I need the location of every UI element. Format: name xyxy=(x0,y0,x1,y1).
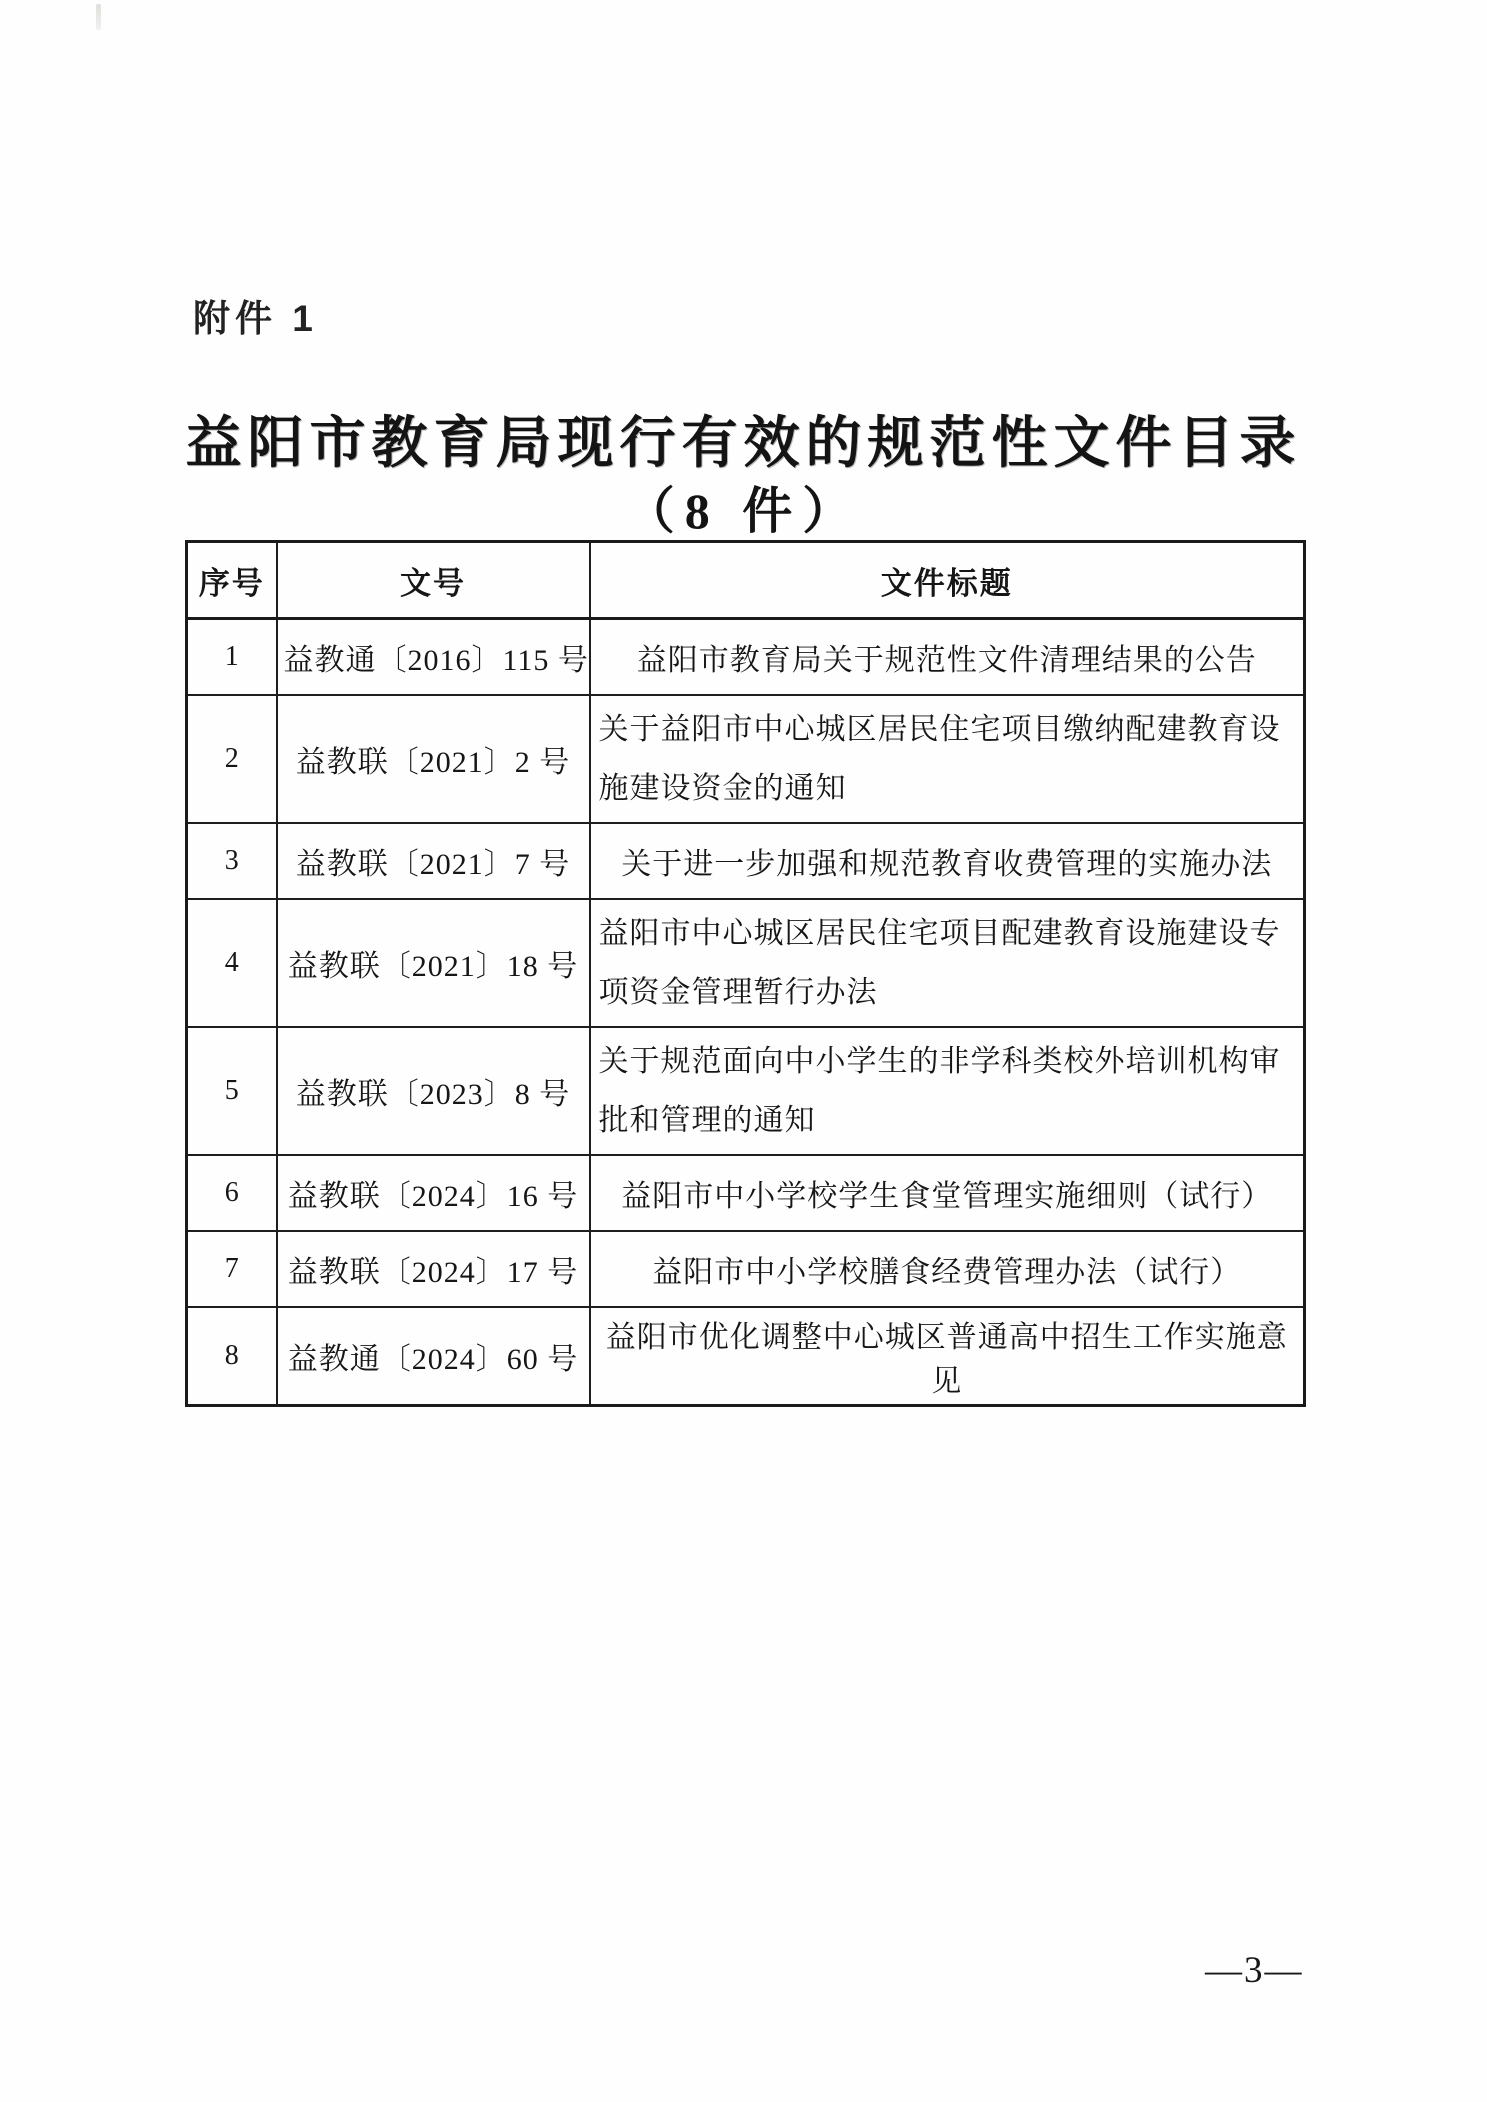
serial-cell: 3 xyxy=(187,823,277,899)
doc-number-cell: 益教通〔2024〕60 号 xyxy=(277,1307,590,1406)
doc-title-cell: 益阳市中小学校学生食堂管理实施细则（试行） xyxy=(590,1155,1305,1231)
doc-number-cell: 益教联〔2021〕7 号 xyxy=(277,823,590,899)
table-row: 1 益教通〔2016〕115 号 益阳市教育局关于规范性文件清理结果的公告 xyxy=(187,619,1305,695)
doc-number-cell: 益教联〔2024〕16 号 xyxy=(277,1155,590,1231)
serial-cell: 2 xyxy=(187,695,277,823)
table-row: 8 益教通〔2024〕60 号 益阳市优化调整中心城区普通高中招生工作实施意见 xyxy=(187,1307,1305,1406)
attachment-label: 附件 1 xyxy=(193,288,318,342)
serial-cell: 8 xyxy=(187,1307,277,1406)
doc-title-cell: 关于进一步加强和规范教育收费管理的实施办法 xyxy=(590,823,1305,899)
doc-number-cell: 益教联〔2023〕8 号 xyxy=(277,1027,590,1155)
column-header-doc-title: 文件标题 xyxy=(590,542,1305,619)
page-title-count: （8 件） xyxy=(0,471,1487,543)
doc-title-cell: 益阳市中小学校膳食经费管理办法（试行） xyxy=(590,1231,1305,1307)
column-header-serial: 序号 xyxy=(187,542,277,619)
doc-number-cell: 益教联〔2021〕18 号 xyxy=(277,899,590,1027)
doc-title-cell: 益阳市优化调整中心城区普通高中招生工作实施意见 xyxy=(590,1307,1305,1406)
doc-title-cell: 关于益阳市中心城区居民住宅项目缴纳配建教育设施建设资金的通知 xyxy=(590,695,1305,823)
serial-cell: 1 xyxy=(187,619,277,695)
doc-number-cell: 益教联〔2021〕2 号 xyxy=(277,695,590,823)
doc-number-cell: 益教通〔2016〕115 号 xyxy=(277,619,590,695)
table-row: 5 益教联〔2023〕8 号 关于规范面向中小学生的非学科类校外培训机构审批和管… xyxy=(187,1027,1305,1155)
doc-title-cell: 关于规范面向中小学生的非学科类校外培训机构审批和管理的通知 xyxy=(590,1027,1305,1155)
serial-cell: 6 xyxy=(187,1155,277,1231)
table-header-row: 序号 文号 文件标题 xyxy=(187,542,1305,619)
table-row: 3 益教联〔2021〕7 号 关于进一步加强和规范教育收费管理的实施办法 xyxy=(187,823,1305,899)
serial-cell: 4 xyxy=(187,899,277,1027)
table-row: 6 益教联〔2024〕16 号 益阳市中小学校学生食堂管理实施细则（试行） xyxy=(187,1155,1305,1231)
doc-title-cell: 益阳市中心城区居民住宅项目配建教育设施建设专项资金管理暂行办法 xyxy=(590,899,1305,1027)
scan-artifact xyxy=(96,4,101,30)
table-row: 7 益教联〔2024〕17 号 益阳市中小学校膳食经费管理办法（试行） xyxy=(187,1231,1305,1307)
doc-number-cell: 益教联〔2024〕17 号 xyxy=(277,1231,590,1307)
document-page: 附件 1 益阳市教育局现行有效的规范性文件目录 （8 件） 序号 文号 文件标题… xyxy=(0,0,1487,2102)
doc-title-cell: 益阳市教育局关于规范性文件清理结果的公告 xyxy=(590,619,1305,695)
column-header-doc-number: 文号 xyxy=(277,542,590,619)
page-title: 益阳市教育局现行有效的规范性文件目录 xyxy=(0,399,1487,479)
documents-table: 序号 文号 文件标题 1 益教通〔2016〕115 号 益阳市教育局关于规范性文… xyxy=(185,540,1306,1407)
table-row: 2 益教联〔2021〕2 号 关于益阳市中心城区居民住宅项目缴纳配建教育设施建设… xyxy=(187,695,1305,823)
table-row: 4 益教联〔2021〕18 号 益阳市中心城区居民住宅项目配建教育设施建设专项资… xyxy=(187,899,1305,1027)
serial-cell: 7 xyxy=(187,1231,277,1307)
serial-cell: 5 xyxy=(187,1027,277,1155)
page-number: —3— xyxy=(1205,1949,1304,1992)
